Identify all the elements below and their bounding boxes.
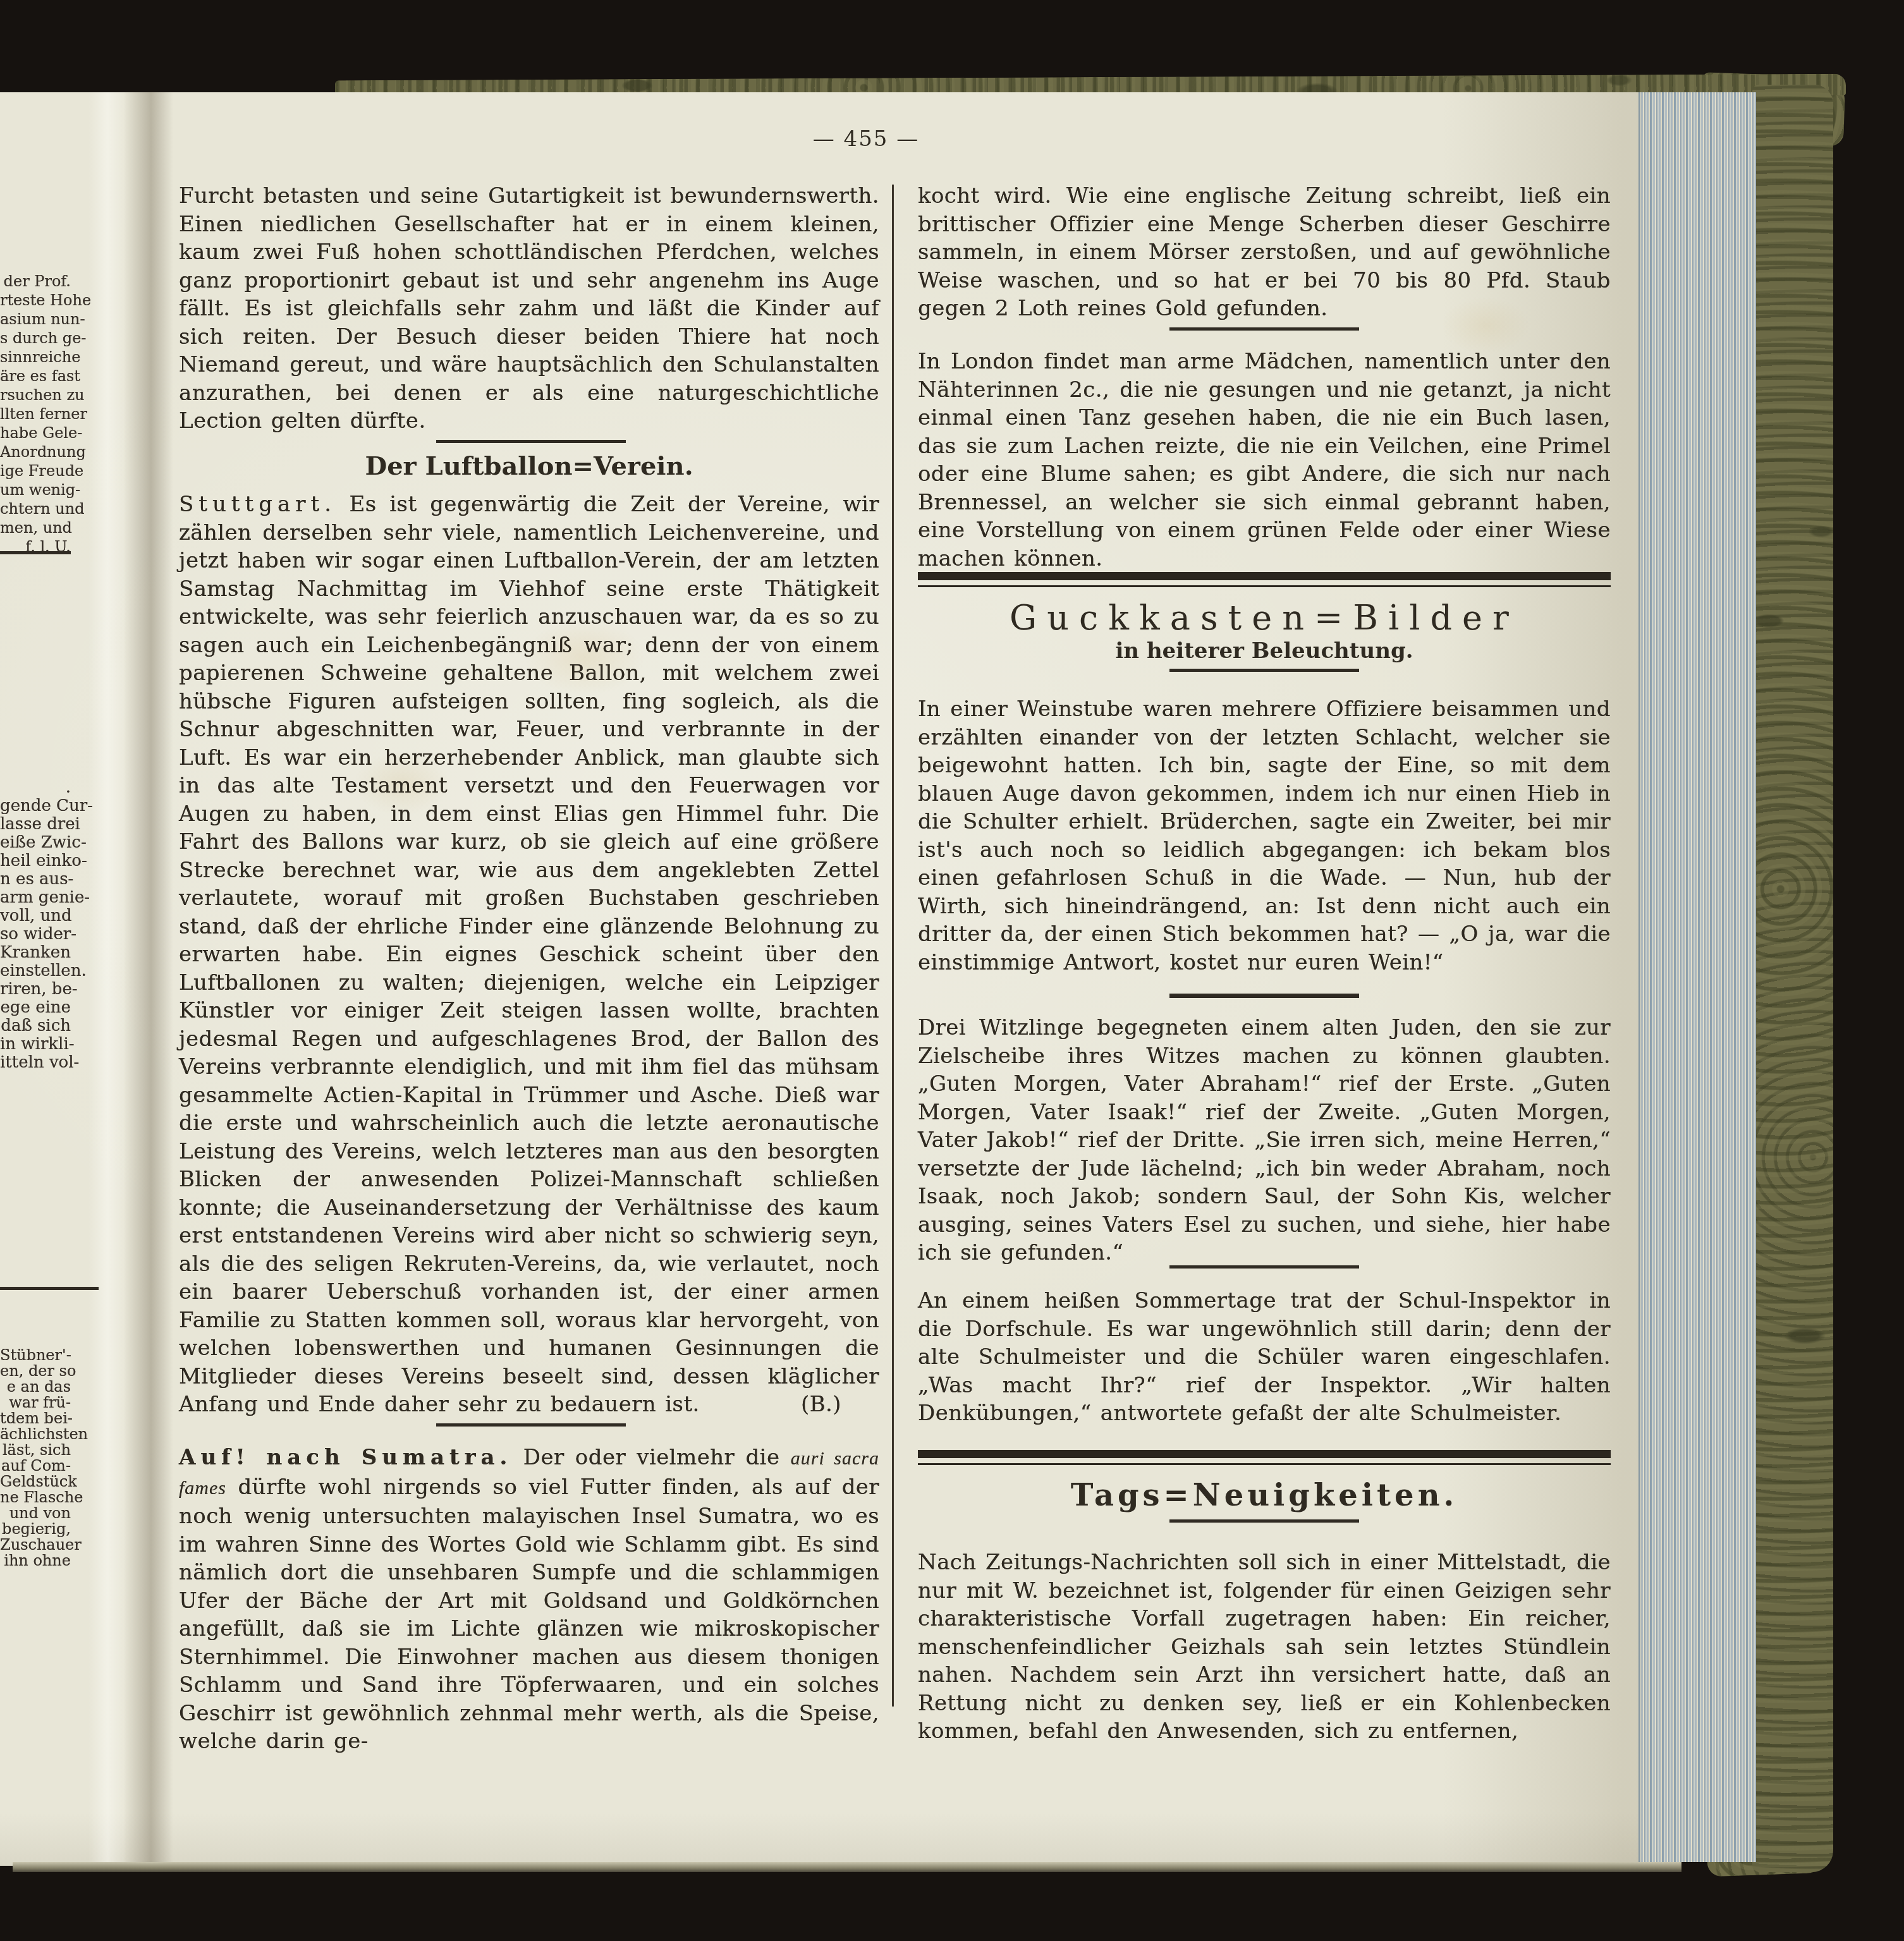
fragment-line: ächlichsten (0, 1427, 71, 1442)
fragment-line: tdem bei- (0, 1411, 71, 1427)
separator-rule (436, 1423, 626, 1427)
fragment-line: um wenig- (0, 480, 71, 499)
fragment-line: Kranken (0, 944, 71, 962)
fragment-line: riren, be- (0, 980, 71, 999)
fragment-line: war frü- (0, 1395, 71, 1411)
section-divider-thin-rule (918, 585, 1611, 587)
fragment-line: llten ferner (0, 405, 71, 423)
article-luftballon-text: Es ist gegenwärtig die Zeit der Vereine,… (179, 492, 879, 1417)
right-paragraph-london: In London findet man arme Mädchen, namen… (918, 348, 1611, 573)
fragment-line: habe Gele- (0, 423, 71, 442)
fragment-line: rsuchen zu (0, 386, 71, 405)
anecdote-weinstube: In einer Weinstube waren mehrere Offizie… (918, 695, 1611, 977)
fragment-line: gende Cur- (0, 797, 71, 815)
book-photo-scene: der Prof.rteste Hoheasium nun-s durch ge… (0, 0, 1904, 1941)
facing-page-fragment-block: der Prof.rteste Hoheasium nun-s durch ge… (0, 272, 71, 556)
left-paragraph-pony: Furcht betasten und seine Gutartigkeit i… (179, 182, 879, 435)
fragment-line: asium nun- (0, 310, 71, 329)
fragment-line: chtern und (0, 499, 71, 518)
column-divider-rule (892, 185, 894, 1707)
fragment-line: s durch ge- (0, 329, 71, 348)
fragment-line: voll, und (0, 907, 71, 925)
separator-rule (1169, 1519, 1359, 1523)
right-paragraph-geizhals: Nach Zeitungs-Nachrichten soll sich in e… (918, 1549, 1611, 1746)
fragment-line: daß sich (0, 1017, 71, 1035)
book-cover-right-edge (1752, 85, 1833, 1872)
fragment-line: Stübner'- (0, 1348, 71, 1363)
section-heading-guckkasten: Guckkasten=Bilder (918, 598, 1611, 638)
section-heading-tagsneuigkeiten: Tags=Neuigkeiten. (918, 1478, 1611, 1513)
fragment-line: eiße Zwic- (0, 834, 71, 852)
section-divider-thick-rule (918, 1450, 1611, 1458)
anecdote-schulinspektor: An einem heißen Sommertage trat der Schu… (918, 1287, 1611, 1428)
fragment-line: n es aus- (0, 870, 71, 889)
fragment-line: sinnreiche (0, 348, 71, 367)
fragment-line: Zuschauer (0, 1537, 71, 1553)
facing-page-rule (0, 551, 71, 554)
gutter-crease (124, 92, 173, 1866)
article-luftballon-body: Stuttgart. Es ist gegenwärtig die Zeit d… (179, 490, 879, 1419)
article-heading-luftballon: Der Luftballon=Verein. (179, 451, 879, 481)
fragment-line: en, der so (0, 1363, 71, 1379)
facing-page-rule (0, 1287, 99, 1290)
fragment-line: einstellen. (0, 962, 71, 980)
fragment-line: in wirkli- (0, 1035, 71, 1054)
article-sumatra-intro: Der oder vielmehr die (512, 1445, 790, 1470)
gutter-highlight (88, 92, 126, 1866)
section-subheading: in heiterer Beleuchtung. (918, 638, 1611, 664)
fragment-line: rteste Hohe (0, 291, 71, 310)
separator-rule (436, 440, 626, 443)
page-number: — 455 — (708, 126, 1024, 152)
facing-page-fragment-block: Stübner'-en, der soe an daswar frü-tdem … (0, 1348, 71, 1569)
fragment-line: lasse drei (0, 815, 71, 834)
fragment-line: der Prof. (0, 272, 71, 291)
fragment-line: auf Com- (0, 1458, 71, 1474)
separator-rule (1169, 1265, 1359, 1269)
separator-rule (1169, 669, 1359, 672)
anecdote-witzlinge: Drei Witzlinge begegneten einem alten Ju… (918, 1014, 1611, 1267)
separator-rule (1169, 994, 1359, 998)
page-bottom-edge (13, 1862, 1681, 1872)
fragment-line: läst, sich (0, 1442, 71, 1458)
fragment-line: ige Freude (0, 461, 71, 480)
fragment-line: Anordnung (0, 442, 71, 461)
fragment-line: ihn ohne (0, 1553, 71, 1569)
dateline-stuttgart: Stuttgart. (179, 492, 336, 517)
fragment-line: und von (0, 1506, 71, 1521)
separator-rule (1169, 327, 1359, 331)
fragment-line: . (0, 779, 71, 797)
fragment-line: men, und (0, 518, 71, 537)
fragment-line: äre es fast (0, 367, 71, 386)
page-fore-edge (1632, 92, 1756, 1862)
fragment-line: arm genie- (0, 889, 71, 907)
fragment-line: begierig, (0, 1521, 71, 1537)
fragment-line: itteln vol- (0, 1054, 71, 1072)
section-divider-thin-rule (918, 1463, 1611, 1465)
article-sumatra: Auf! nach Sumatra. Der oder vielmehr die… (179, 1444, 879, 1756)
article-signature: (B.) (801, 1390, 879, 1419)
fragment-line: Geldstück (0, 1474, 71, 1490)
fragment-line: ne Flasche (0, 1490, 71, 1506)
fragment-line: e an das (0, 1379, 71, 1395)
article-sumatra-text: dürfte wohl nirgends so viel Futter find… (179, 1475, 879, 1755)
fragment-line: ege eine (0, 999, 71, 1017)
facing-page-fragment-block: .gende Cur-lasse dreieiße Zwic-heil eink… (0, 779, 71, 1072)
article-heading-sumatra: Auf! nach Sumatra. (179, 1445, 512, 1470)
right-paragraph-gold: kocht wird. Wie eine englische Zeitung s… (918, 182, 1611, 323)
section-divider-thick-rule (918, 572, 1611, 580)
fragment-line: heil einko- (0, 852, 71, 870)
fragment-line: so wider- (0, 925, 71, 944)
